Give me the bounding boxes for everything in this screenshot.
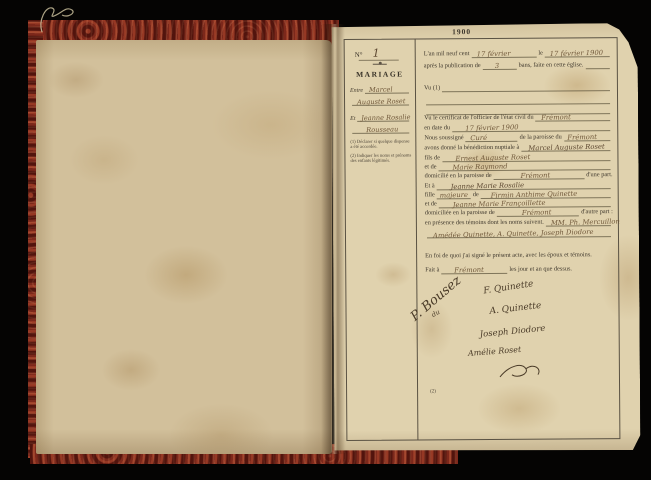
attestation-line: En foi de quoi j'ai signé le présent act…	[425, 249, 613, 260]
footnote-1: (1) Déclarer si quelque dispense a été a…	[350, 139, 412, 150]
signature-witness-2: A. Quinette	[489, 301, 542, 317]
blank-left-page	[36, 40, 332, 454]
record-number: N°1	[355, 47, 380, 60]
binding-thread-icon	[32, 2, 84, 36]
date-hw-2: 17 février 1900	[550, 49, 604, 58]
witnesses-hw-1: MM. Ph. Mercuillon	[551, 217, 620, 227]
record-number-value: 1	[373, 47, 380, 60]
bride-name-line-2: Rousseau	[350, 123, 411, 134]
vu-line: Vu (1)	[424, 81, 612, 92]
form-border: N°1 MARIAGE Entre Marcel Auguste Roset E…	[344, 37, 621, 441]
record-number-label: N°	[355, 51, 363, 59]
record-number-underline	[359, 60, 399, 61]
page-footnote-marker: (2)	[430, 389, 436, 394]
date-line: L'an mil neuf cent 17 février le 17 févr…	[424, 47, 612, 58]
bride-name2-hw: Rousseau	[366, 125, 398, 134]
witnesses-line-2: Amédée Quinette, A. Quinette, Joseph Dio…	[425, 227, 613, 238]
groom-prefix: Entre	[350, 88, 363, 94]
footnote-2: (2) Indiquer les noms et prénoms des enf…	[350, 153, 412, 164]
page-year-header: 1900	[440, 27, 484, 36]
signature-witness-3: Joseph Diodore	[479, 324, 545, 340]
bans-count-hw: 3	[494, 62, 499, 70]
bride-name-hw: Jeanne Rosalie	[362, 113, 412, 122]
publication-line: après la publication de 3 bans, faite en…	[424, 59, 612, 70]
register-scan: 1900 N°1 MARIAGE Entre Marcel Auguste Ro…	[0, 0, 651, 480]
signatures-block: P. Bousez du F. Quinette A. Quinette Jos…	[417, 276, 619, 377]
bride-prefix: Et	[350, 116, 355, 122]
signature-celebrant-suffix: du	[430, 308, 441, 319]
bride-name-line-1: Et Jeanne Rosalie	[350, 111, 411, 122]
act-column: L'an mil neuf cent 17 février le 17 févr…	[416, 38, 620, 439]
witnesses-line: en présence des témoins dont les noms su…	[425, 216, 613, 227]
groom-name2-hw: Auguste Roset	[357, 97, 406, 106]
signature-witness-4: Amélie Roset	[468, 345, 522, 358]
flourish-ornament	[373, 64, 387, 65]
celebrant-title-hw: Curé	[470, 134, 487, 142]
signature-witness-1: F. Quinette	[483, 279, 534, 296]
groom-name-line-1: Entre Marcel	[350, 83, 411, 94]
witnesses-hw-2: Amédée Quinette, A. Quinette, Joseph Dio…	[432, 228, 593, 240]
margin-column: N°1 MARIAGE Entre Marcel Auguste Roset E…	[345, 39, 419, 439]
groom-name-hw: Marcel	[368, 85, 392, 94]
fait-place-hw: Frémont	[454, 266, 484, 275]
signature-paraph-icon	[496, 361, 546, 383]
date-hw-1: 17 février	[477, 50, 511, 59]
record-right-page: 1900 N°1 MARIAGE Entre Marcel Auguste Ro…	[332, 23, 641, 452]
groom-name-line-2: Auguste Roset	[350, 95, 411, 106]
record-type-title: MARIAGE	[345, 69, 415, 78]
